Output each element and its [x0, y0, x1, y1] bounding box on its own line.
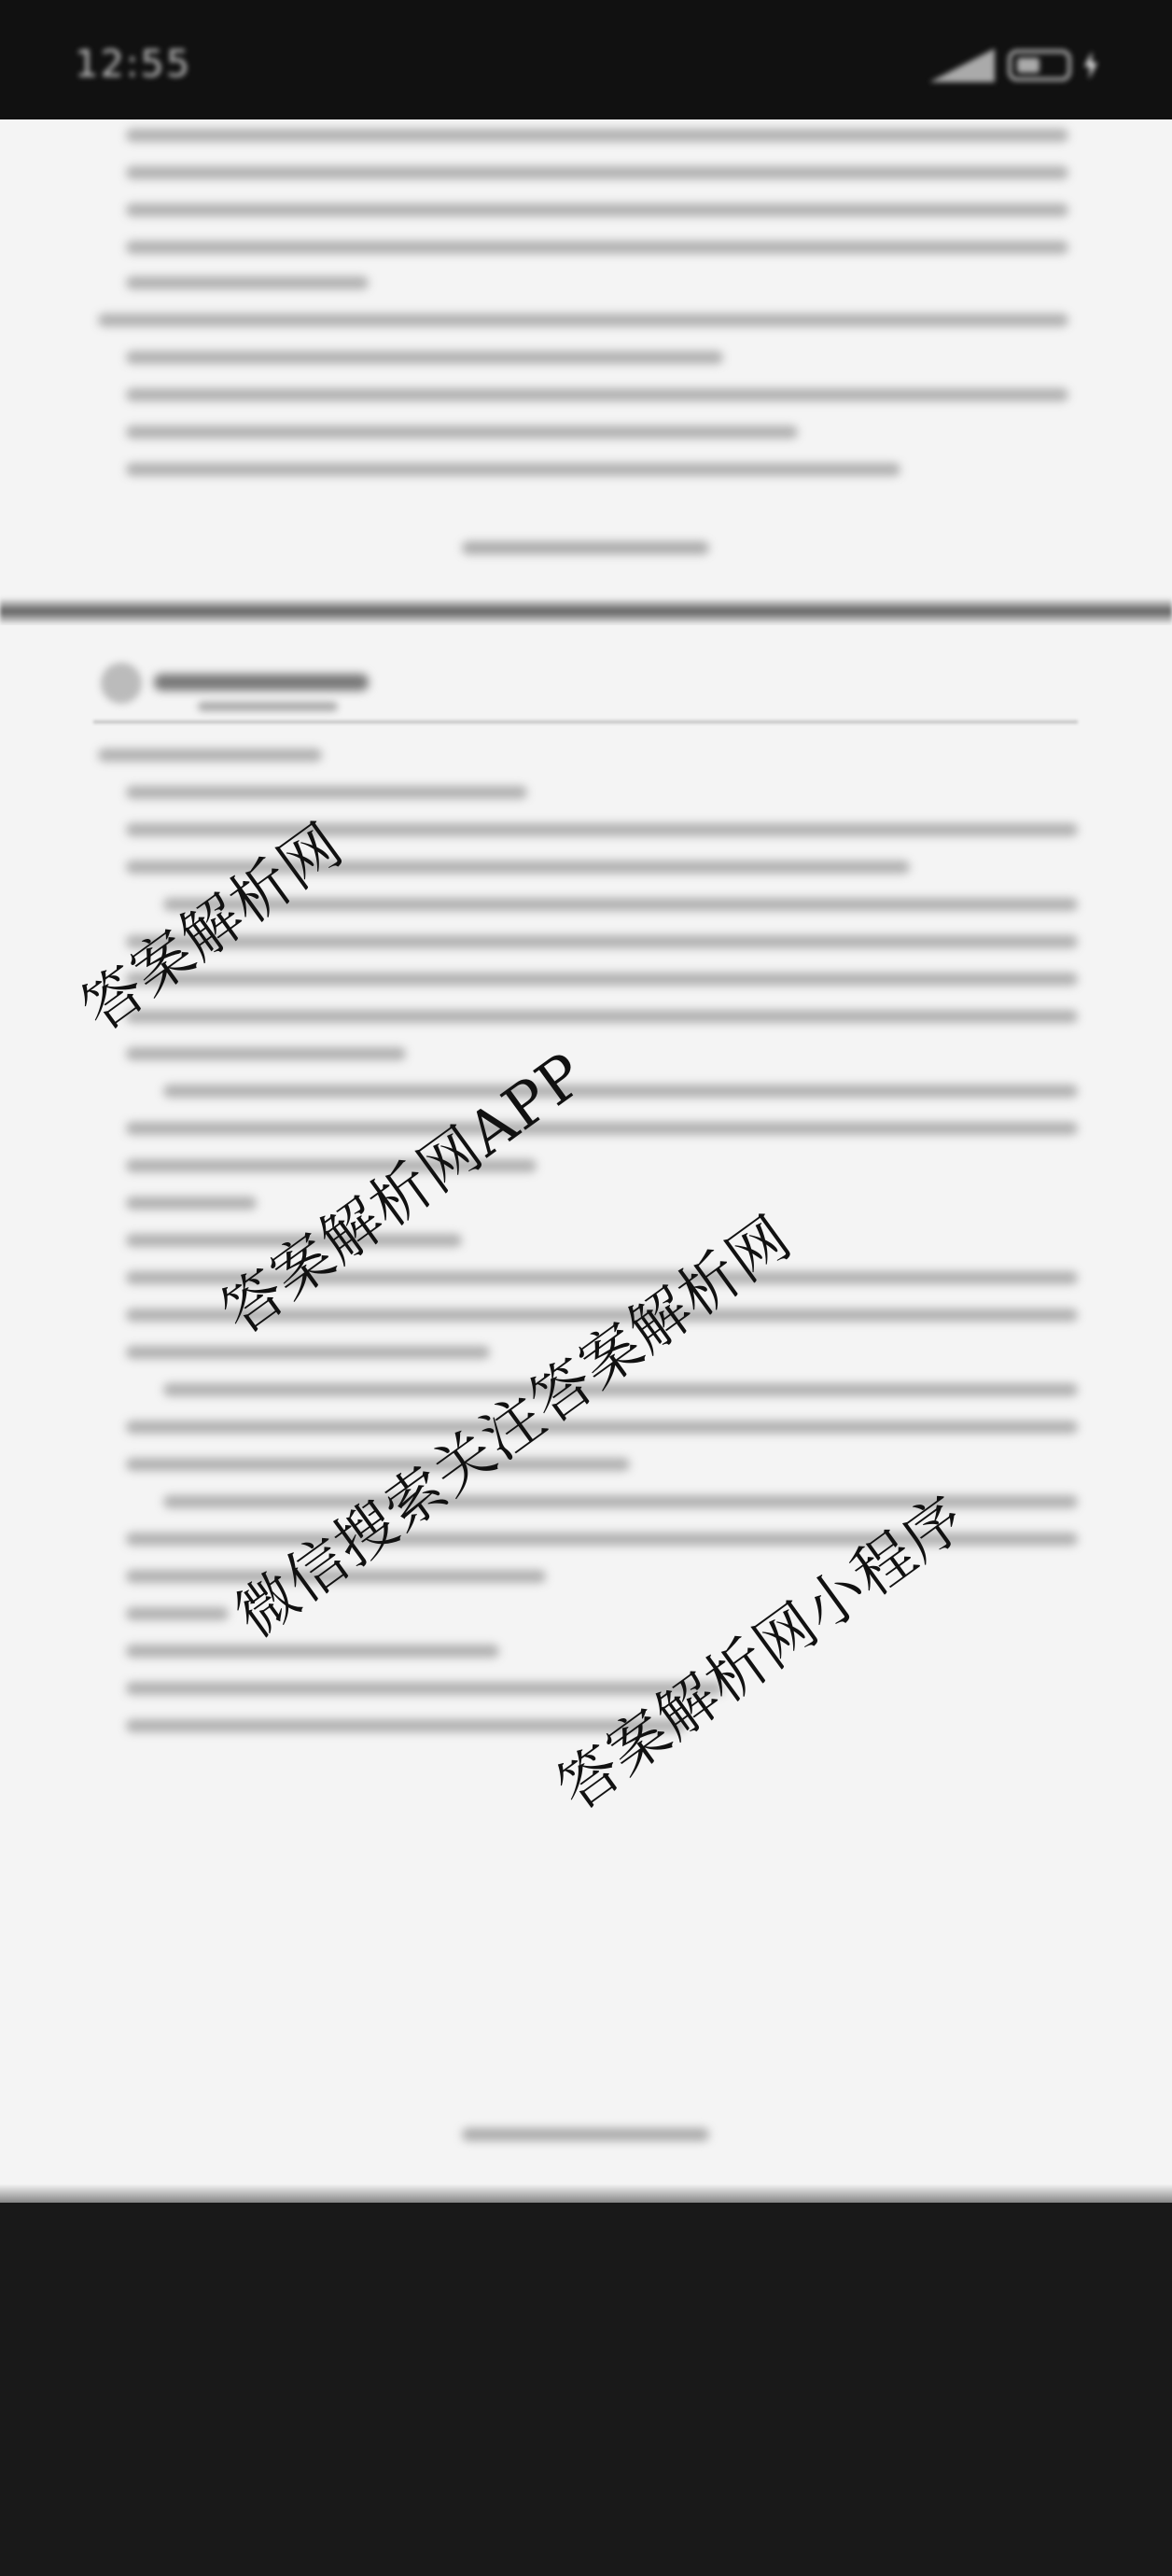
document-brand	[154, 674, 369, 691]
page-separator	[0, 597, 1172, 625]
charging-icon	[1084, 51, 1097, 79]
document-logo-icon	[101, 663, 142, 704]
status-bar: 12:55	[0, 0, 1172, 119]
document-subtitle	[198, 702, 338, 711]
page1-footer	[462, 541, 709, 554]
battery-icon	[1008, 49, 1071, 81]
page2-footer	[462, 2128, 709, 2141]
status-time: 12:55	[75, 43, 191, 86]
header-divider	[93, 721, 1078, 723]
empty-viewer-area	[0, 2203, 1172, 2576]
status-icons	[929, 47, 1097, 84]
document-page-2	[0, 625, 1172, 2203]
document-page-1	[0, 119, 1172, 607]
signal-icon	[929, 49, 995, 82]
